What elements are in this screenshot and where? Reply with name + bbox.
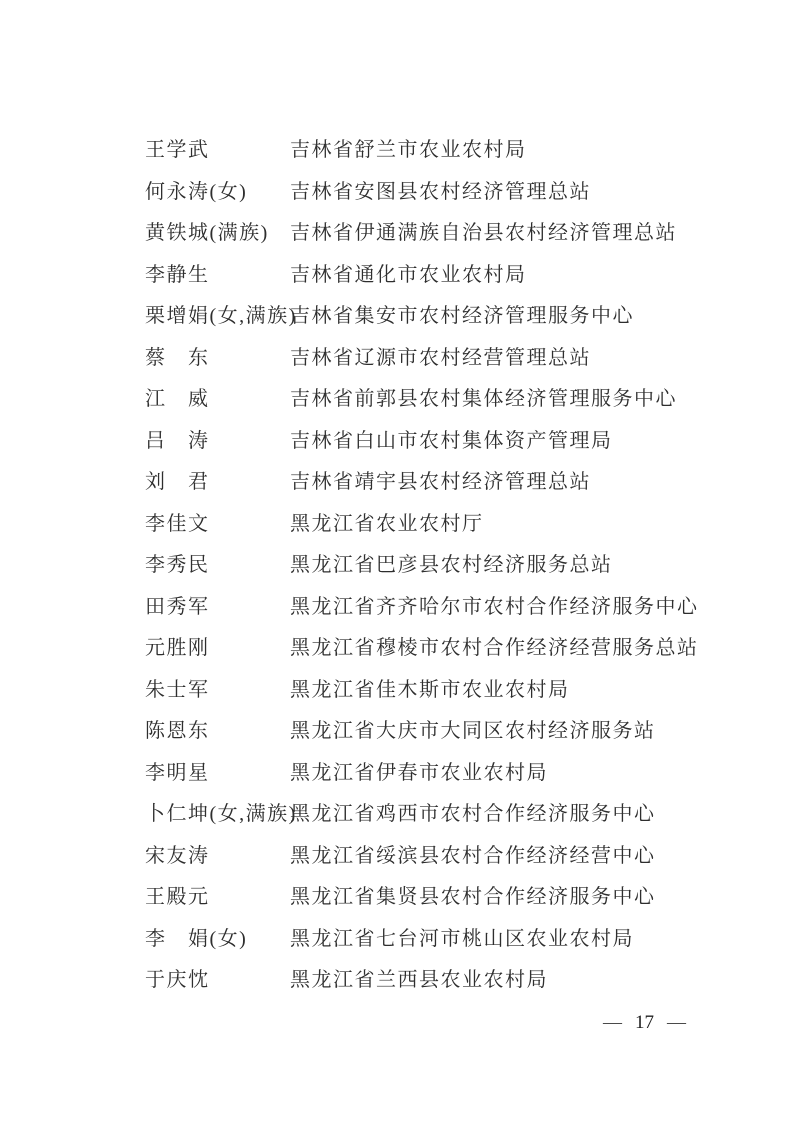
person-organization: 吉林省安图县农村经济管理总站	[290, 175, 591, 204]
person-name: 何永涛(女)	[145, 175, 290, 204]
person-name: 李佳文	[145, 507, 290, 536]
person-organization: 吉林省伊通满族自治县农村经济管理总站	[290, 216, 677, 245]
roster-row: 李佳文 黑龙江省农业农村厅	[145, 501, 745, 543]
person-name: 宋友涛	[145, 839, 290, 868]
person-name: 吕 涛	[145, 424, 290, 453]
roster-row: 黄铁城(满族) 吉林省伊通满族自治县农村经济管理总站	[145, 210, 745, 252]
person-name: 王学武	[145, 133, 290, 162]
roster-row: 蔡 东 吉林省辽源市农村经营管理总站	[145, 335, 745, 377]
person-name: 江 威	[145, 382, 290, 411]
person-organization: 黑龙江省集贤县农村合作经济服务中心	[290, 880, 656, 909]
person-name: 黄铁城(满族)	[145, 216, 290, 245]
person-organization: 黑龙江省巴彦县农村经济服务总站	[290, 548, 613, 577]
person-organization: 黑龙江省七台河市桃山区农业农村局	[290, 922, 634, 951]
roster-row: 陈恩东 黑龙江省大庆市大同区农村经济服务站	[145, 708, 745, 750]
person-name: 卜仁坤(女,满族)	[145, 797, 290, 826]
person-organization: 黑龙江省齐齐哈尔市农村合作经济服务中心	[290, 590, 699, 619]
person-name: 朱士军	[145, 673, 290, 702]
roster-row: 宋友涛 黑龙江省绥滨县农村合作经济经营中心	[145, 833, 745, 875]
roster-row: 江 威 吉林省前郭县农村集体经济管理服务中心	[145, 376, 745, 418]
page-number: — 17 —	[603, 1012, 686, 1034]
person-organization: 黑龙江省绥滨县农村合作经济经营中心	[290, 839, 656, 868]
person-organization: 吉林省白山市农村集体资产管理局	[290, 424, 613, 453]
person-name: 蔡 东	[145, 341, 290, 370]
roster-row: 刘 君 吉林省靖宇县农村经济管理总站	[145, 459, 745, 501]
page-number-value: 17	[635, 1012, 654, 1034]
person-organization: 黑龙江省大庆市大同区农村经济服务站	[290, 714, 656, 743]
person-organization: 黑龙江省农业农村厅	[290, 507, 484, 536]
person-name: 刘 君	[145, 465, 290, 494]
person-name: 李 娟(女)	[145, 922, 290, 951]
person-name: 元胜刚	[145, 631, 290, 660]
page-number-dash-right: —	[667, 1012, 686, 1034]
roster-row: 于庆忱 黑龙江省兰西县农业农村局	[145, 957, 745, 999]
person-organization: 黑龙江省穆棱市农村合作经济经营服务总站	[290, 631, 699, 660]
person-organization: 黑龙江省鸡西市农村合作经济服务中心	[290, 797, 656, 826]
roster-row: 何永涛(女) 吉林省安图县农村经济管理总站	[145, 169, 745, 211]
document-page: 王学武 吉林省舒兰市农业农村局 何永涛(女) 吉林省安图县农村经济管理总站 黄铁…	[0, 0, 794, 1123]
person-organization: 黑龙江省伊春市农业农村局	[290, 756, 548, 785]
person-organization: 吉林省靖宇县农村经济管理总站	[290, 465, 591, 494]
person-organization: 吉林省舒兰市农业农村局	[290, 133, 527, 162]
roster-row: 王殿元 黑龙江省集贤县农村合作经济服务中心	[145, 874, 745, 916]
roster-row: 栗增娟(女,满族) 吉林省集安市农村经济管理服务中心	[145, 293, 745, 335]
person-organization: 吉林省集安市农村经济管理服务中心	[290, 299, 634, 328]
roster-row: 李静生 吉林省通化市农业农村局	[145, 252, 745, 294]
person-name: 栗增娟(女,满族)	[145, 299, 290, 328]
person-name: 李秀民	[145, 548, 290, 577]
roster-list: 王学武 吉林省舒兰市农业农村局 何永涛(女) 吉林省安图县农村经济管理总站 黄铁…	[145, 127, 745, 999]
page-number-dash-left: —	[603, 1012, 622, 1034]
person-organization: 吉林省辽源市农村经营管理总站	[290, 341, 591, 370]
person-name: 王殿元	[145, 880, 290, 909]
person-name: 陈恩东	[145, 714, 290, 743]
person-name: 李静生	[145, 258, 290, 287]
roster-row: 王学武 吉林省舒兰市农业农村局	[145, 127, 745, 169]
roster-row: 李明星 黑龙江省伊春市农业农村局	[145, 750, 745, 792]
roster-row: 卜仁坤(女,满族) 黑龙江省鸡西市农村合作经济服务中心	[145, 791, 745, 833]
roster-row: 元胜刚 黑龙江省穆棱市农村合作经济经营服务总站	[145, 625, 745, 667]
roster-row: 田秀军 黑龙江省齐齐哈尔市农村合作经济服务中心	[145, 584, 745, 626]
person-name: 田秀军	[145, 590, 290, 619]
roster-row: 李 娟(女) 黑龙江省七台河市桃山区农业农村局	[145, 916, 745, 958]
person-name: 于庆忱	[145, 963, 290, 992]
person-organization: 黑龙江省兰西县农业农村局	[290, 963, 548, 992]
person-organization: 黑龙江省佳木斯市农业农村局	[290, 673, 570, 702]
roster-row: 李秀民 黑龙江省巴彦县农村经济服务总站	[145, 542, 745, 584]
person-organization: 吉林省前郭县农村集体经济管理服务中心	[290, 382, 677, 411]
person-organization: 吉林省通化市农业农村局	[290, 258, 527, 287]
roster-row: 吕 涛 吉林省白山市农村集体资产管理局	[145, 418, 745, 460]
person-name: 李明星	[145, 756, 290, 785]
roster-row: 朱士军 黑龙江省佳木斯市农业农村局	[145, 667, 745, 709]
